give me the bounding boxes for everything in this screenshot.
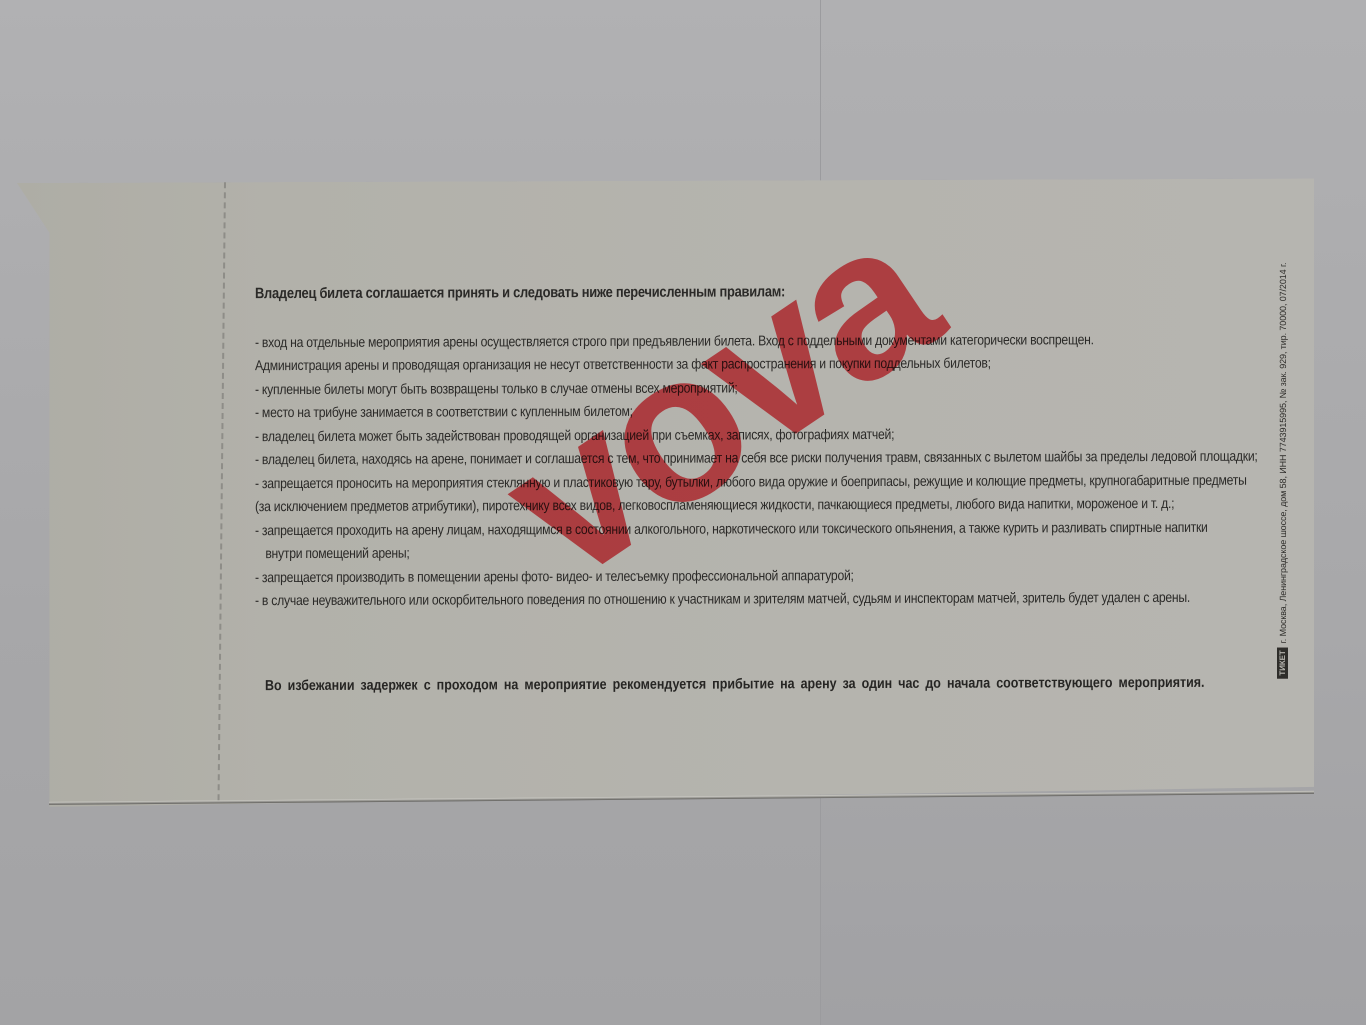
- printer-logo: ТИКЕТ: [1277, 647, 1288, 678]
- arrival-notice: Во избежании задержек с проходом на меро…: [265, 675, 1205, 694]
- rule-line: - место на трибуне занимается в соответс…: [255, 399, 1124, 426]
- printer-imprint-text: г. Москва, Ленинградское шоссе, дом 58, …: [1278, 263, 1288, 644]
- rules-title: Владелец билета соглашается принять и сл…: [255, 279, 1124, 306]
- rule-line: - в случае неуважительного или оскорбите…: [255, 587, 1124, 614]
- rule-line: - запрещается проносить на мероприятия с…: [255, 470, 1124, 497]
- rule-line: (за исключением предметов атрибутики), п…: [255, 493, 1124, 520]
- rule-line: - владелец билета может быть задействова…: [255, 423, 1124, 450]
- rules-block: Владелец билета соглашается принять и сл…: [255, 279, 1124, 614]
- rule-line: внутри помещений арены;: [255, 540, 1124, 567]
- rule-line: Администрация арены и проводящая организ…: [255, 352, 1124, 379]
- rule-line: - вход на отдельные мероприятия арены ос…: [255, 329, 1124, 356]
- rule-line: - запрещается производить в помещении ар…: [255, 564, 1124, 591]
- printer-imprint: ТИКЕТ г. Москва, Ленинградское шоссе, до…: [1277, 263, 1288, 679]
- rule-line: - запрещается проходить на арену лицам, …: [255, 517, 1124, 544]
- ticket: Владелец билета соглашается принять и сл…: [17, 178, 1314, 807]
- rule-line: - купленные билеты могут быть возвращены…: [255, 376, 1124, 403]
- rule-line: - владелец билета, находясь на арене, по…: [255, 446, 1124, 473]
